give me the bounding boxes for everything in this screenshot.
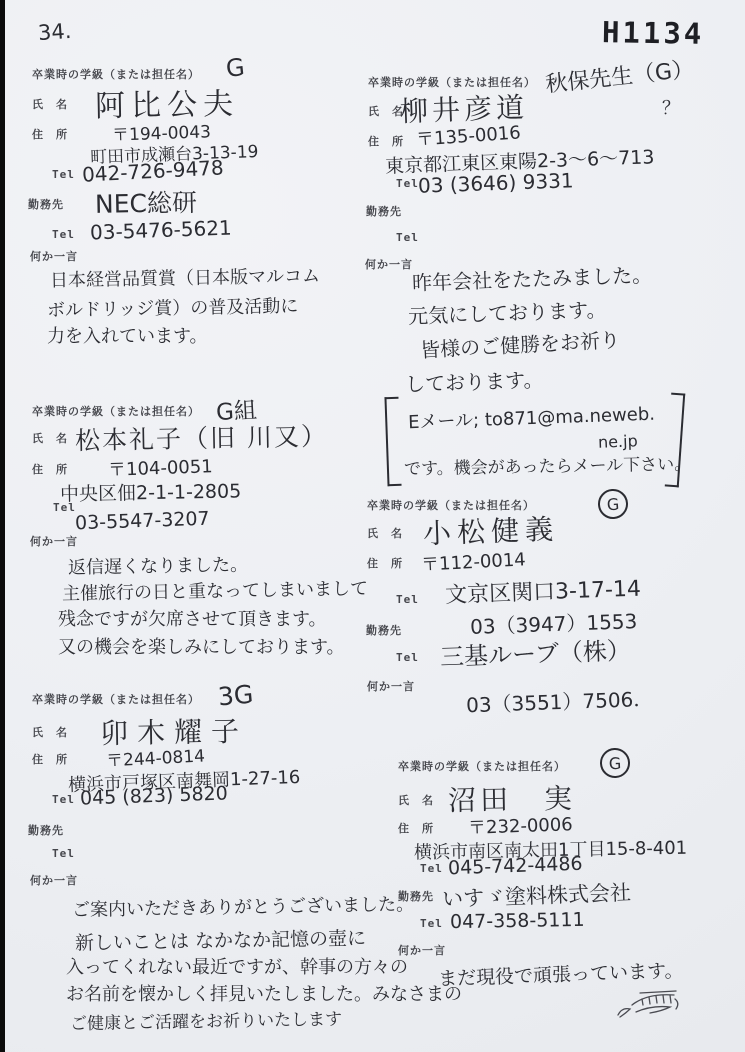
comment-label: 何か一言 [30,248,78,264]
comment-line: 元気にしております。 [408,294,607,330]
name-label: 氏 名 [32,724,68,740]
tel-value: 03-5547-3207 [75,508,210,535]
tel-label: Tel [53,501,76,514]
tel-label: Tel [396,593,419,606]
comment-line: しております。 [405,364,544,398]
workplace-label: 勤務先 [366,622,402,638]
email-note-line: ne.jp [598,431,638,451]
workplace-label: 勤務先 [28,196,64,212]
scan-edge-strip [0,0,5,1052]
comment-line: ボルドリッジ賞）の普及活動に [47,292,299,322]
address-label: 住 所 [367,555,403,571]
comment-line: 力を入れています。 [47,322,208,348]
name-value: 小松健義 [422,508,559,553]
doc-code: H1134 [602,15,705,51]
comment-line: 返信遅くなりました。 [68,550,248,579]
address-label: 住 所 [32,126,68,142]
comment-line: 日本経営品質賞（日本版マルコム [50,262,320,293]
class-label: 卒業時の学級（または担任名） [32,691,200,707]
comment-line: 主催旅行の日と重なってしまいまして [62,574,368,605]
address-label: 住 所 [398,820,434,836]
comment-line: お名前を懐かしく拝見いたしました。みなさまの [66,980,462,1006]
name-label: 氏 名 [398,792,434,808]
class-value: 秋保先生（G） [544,52,695,98]
comment-line: 皆様のご健勝をお祈り [419,324,620,363]
tel-value: 045 (823) 5820 [80,782,228,809]
tel-value: 03 (3646) 9331 [418,168,574,197]
corner-scribble-mark [612,985,697,1023]
comment-line: 昨年会社をたたみました。 [412,259,653,296]
comment-label: 何か一言 [365,256,413,272]
comment-label: 何か一言 [398,942,446,958]
workplace-value: いすゞ塗料株式会社 [442,877,632,914]
class-label: 卒業時の学級（または担任名） [32,403,200,419]
workplace-tel-label: Tel [52,847,75,860]
tel-label: Tel [420,862,443,875]
scanned-alumni-form-page: 34. H1134 卒業時の学級（または担任名） G 氏 名 阿比公夫 住 所 … [0,0,745,1052]
workplace-tel-value: 047-358-5111 [450,909,585,933]
workplace-tel-label: Tel [396,651,419,664]
workplace-value: NEC総研 [95,183,198,221]
tel-label: Tel [52,168,75,181]
class-value: 3G [217,680,255,712]
address-label: 住 所 [32,751,68,767]
workplace-label: 勤務先 [28,822,64,838]
comment-line: 入ってくれない最近ですが、幹事の方々の [66,953,408,979]
class-value-circled: G [599,747,631,779]
workplace-tel-label: Tel [420,917,443,930]
name-label: 氏 名 [32,430,68,446]
name-label: 氏 名 [367,525,403,541]
comment-label: 何か一言 [367,678,415,694]
name-label: 氏 名 [368,103,404,119]
postal-value: 〒112-0014 [420,545,526,576]
comment-line: 残念ですが欠席させて頂きます。 [58,605,327,631]
name-label: 氏 名 [32,96,68,112]
address-label: 住 所 [32,461,68,477]
tel-label: Tel [52,793,75,806]
comment-line: ご健康とご活躍をお祈りいたします [70,1005,342,1035]
comment-line: 又の機会を楽しみにしております。 [58,633,345,659]
email-note-line: Eメール; to871@ma.neweb. [408,400,656,435]
workplace-label: 勤務先 [398,888,434,904]
workplace-tel-value: 03-5476-5621 [90,216,232,245]
workplace-tel-label: Tel [396,231,419,244]
name-value: 松本礼子（旧 川又） [75,417,329,457]
comment-label: 何か一言 [30,872,78,888]
comment-line: 新しいことは なかなか記憶の壺に [75,923,366,955]
email-note-line: です。機会があったらメール下さい。 [404,449,692,479]
tel-value: 045-742-4486 [448,853,583,880]
class-value: G [606,494,620,514]
workplace-tel-label: Tel [52,228,75,241]
class-note: ？ [662,94,680,120]
comment-label: 何か一言 [30,533,78,549]
workplace-value: 三基ルーブ（株） [439,631,631,673]
comment-line: ご案内いただきありがとうございました。 [72,890,414,922]
workplace-tel-value: 03（3551）7506． [466,683,654,719]
address-value: 文京区関口3-17-14 [445,572,642,610]
tel-label: Tel [396,177,419,190]
class-value: G [608,753,621,773]
class-value-circled: G [597,488,629,520]
class-label: 卒業時の学級（または担任名） [398,758,566,774]
sheet-number: 34. [37,19,72,45]
address-label: 住 所 [368,133,404,149]
email-bracket-left [384,397,401,486]
workplace-label: 勤務先 [366,203,402,219]
address-value: 中央区佃2-1-1-2805 [60,476,242,506]
